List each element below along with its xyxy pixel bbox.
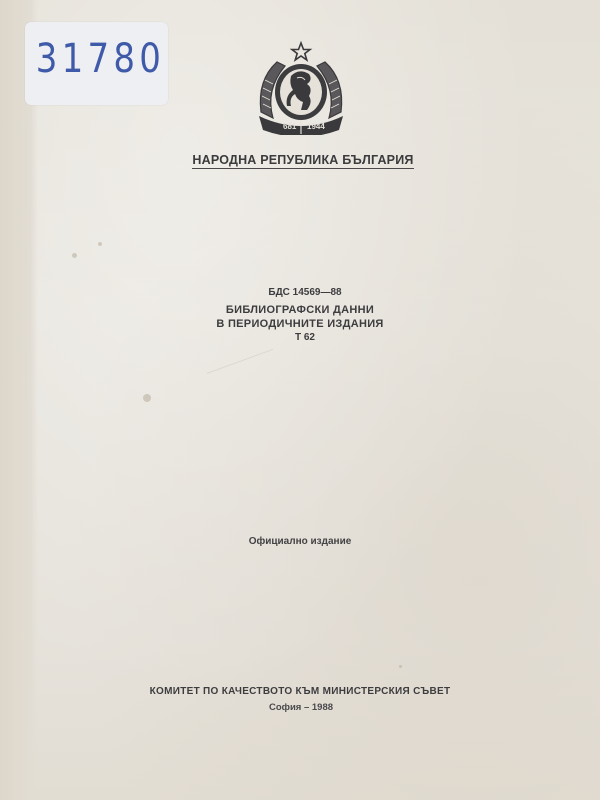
library-label-sticker: 31780 <box>25 22 168 105</box>
paper-spot <box>399 665 402 668</box>
standard-code: Т 62 <box>10 331 600 345</box>
standard-title-line-2: В ПЕРИОДИЧНИТЕ ИЗДАНИЯ <box>0 317 600 331</box>
page-edge-shadow <box>0 0 38 800</box>
paper-spot <box>98 242 102 246</box>
place-and-year: София – 1988 <box>0 702 600 713</box>
showthrough-mark: ​ <box>293 730 295 745</box>
standard-title-line-1: БИБЛИОГРАФСКИ ДАННИ <box>0 303 600 317</box>
paper-spot <box>143 394 151 402</box>
ribbon-year-right: 1944 <box>307 122 325 131</box>
faint-handwriting-mark <box>207 349 283 402</box>
standard-number: БДС 14569—88 <box>10 286 600 300</box>
publisher-name: КОМИТЕТ ПО КАЧЕСТВОТО КЪМ МИНИСТЕРСКИЯ С… <box>0 686 600 697</box>
standard-block: БДС 14569—88 БИБЛИОГРАФСКИ ДАННИ В ПЕРИО… <box>0 286 600 345</box>
document-page: ​ 31780 6 <box>0 0 600 800</box>
paper-spot <box>72 253 77 258</box>
country-name: НАРОДНА РЕПУБЛИКА БЪЛГАРИЯ <box>192 153 413 169</box>
ribbon-year-left: 681 <box>283 122 297 131</box>
country-heading: НАРОДНА РЕПУБЛИКА БЪЛГАРИЯ <box>0 153 600 169</box>
coat-of-arms-icon: 681 1944 <box>247 40 355 135</box>
edition-label: Официално издание <box>0 536 600 547</box>
library-number: 31780 <box>36 36 158 82</box>
